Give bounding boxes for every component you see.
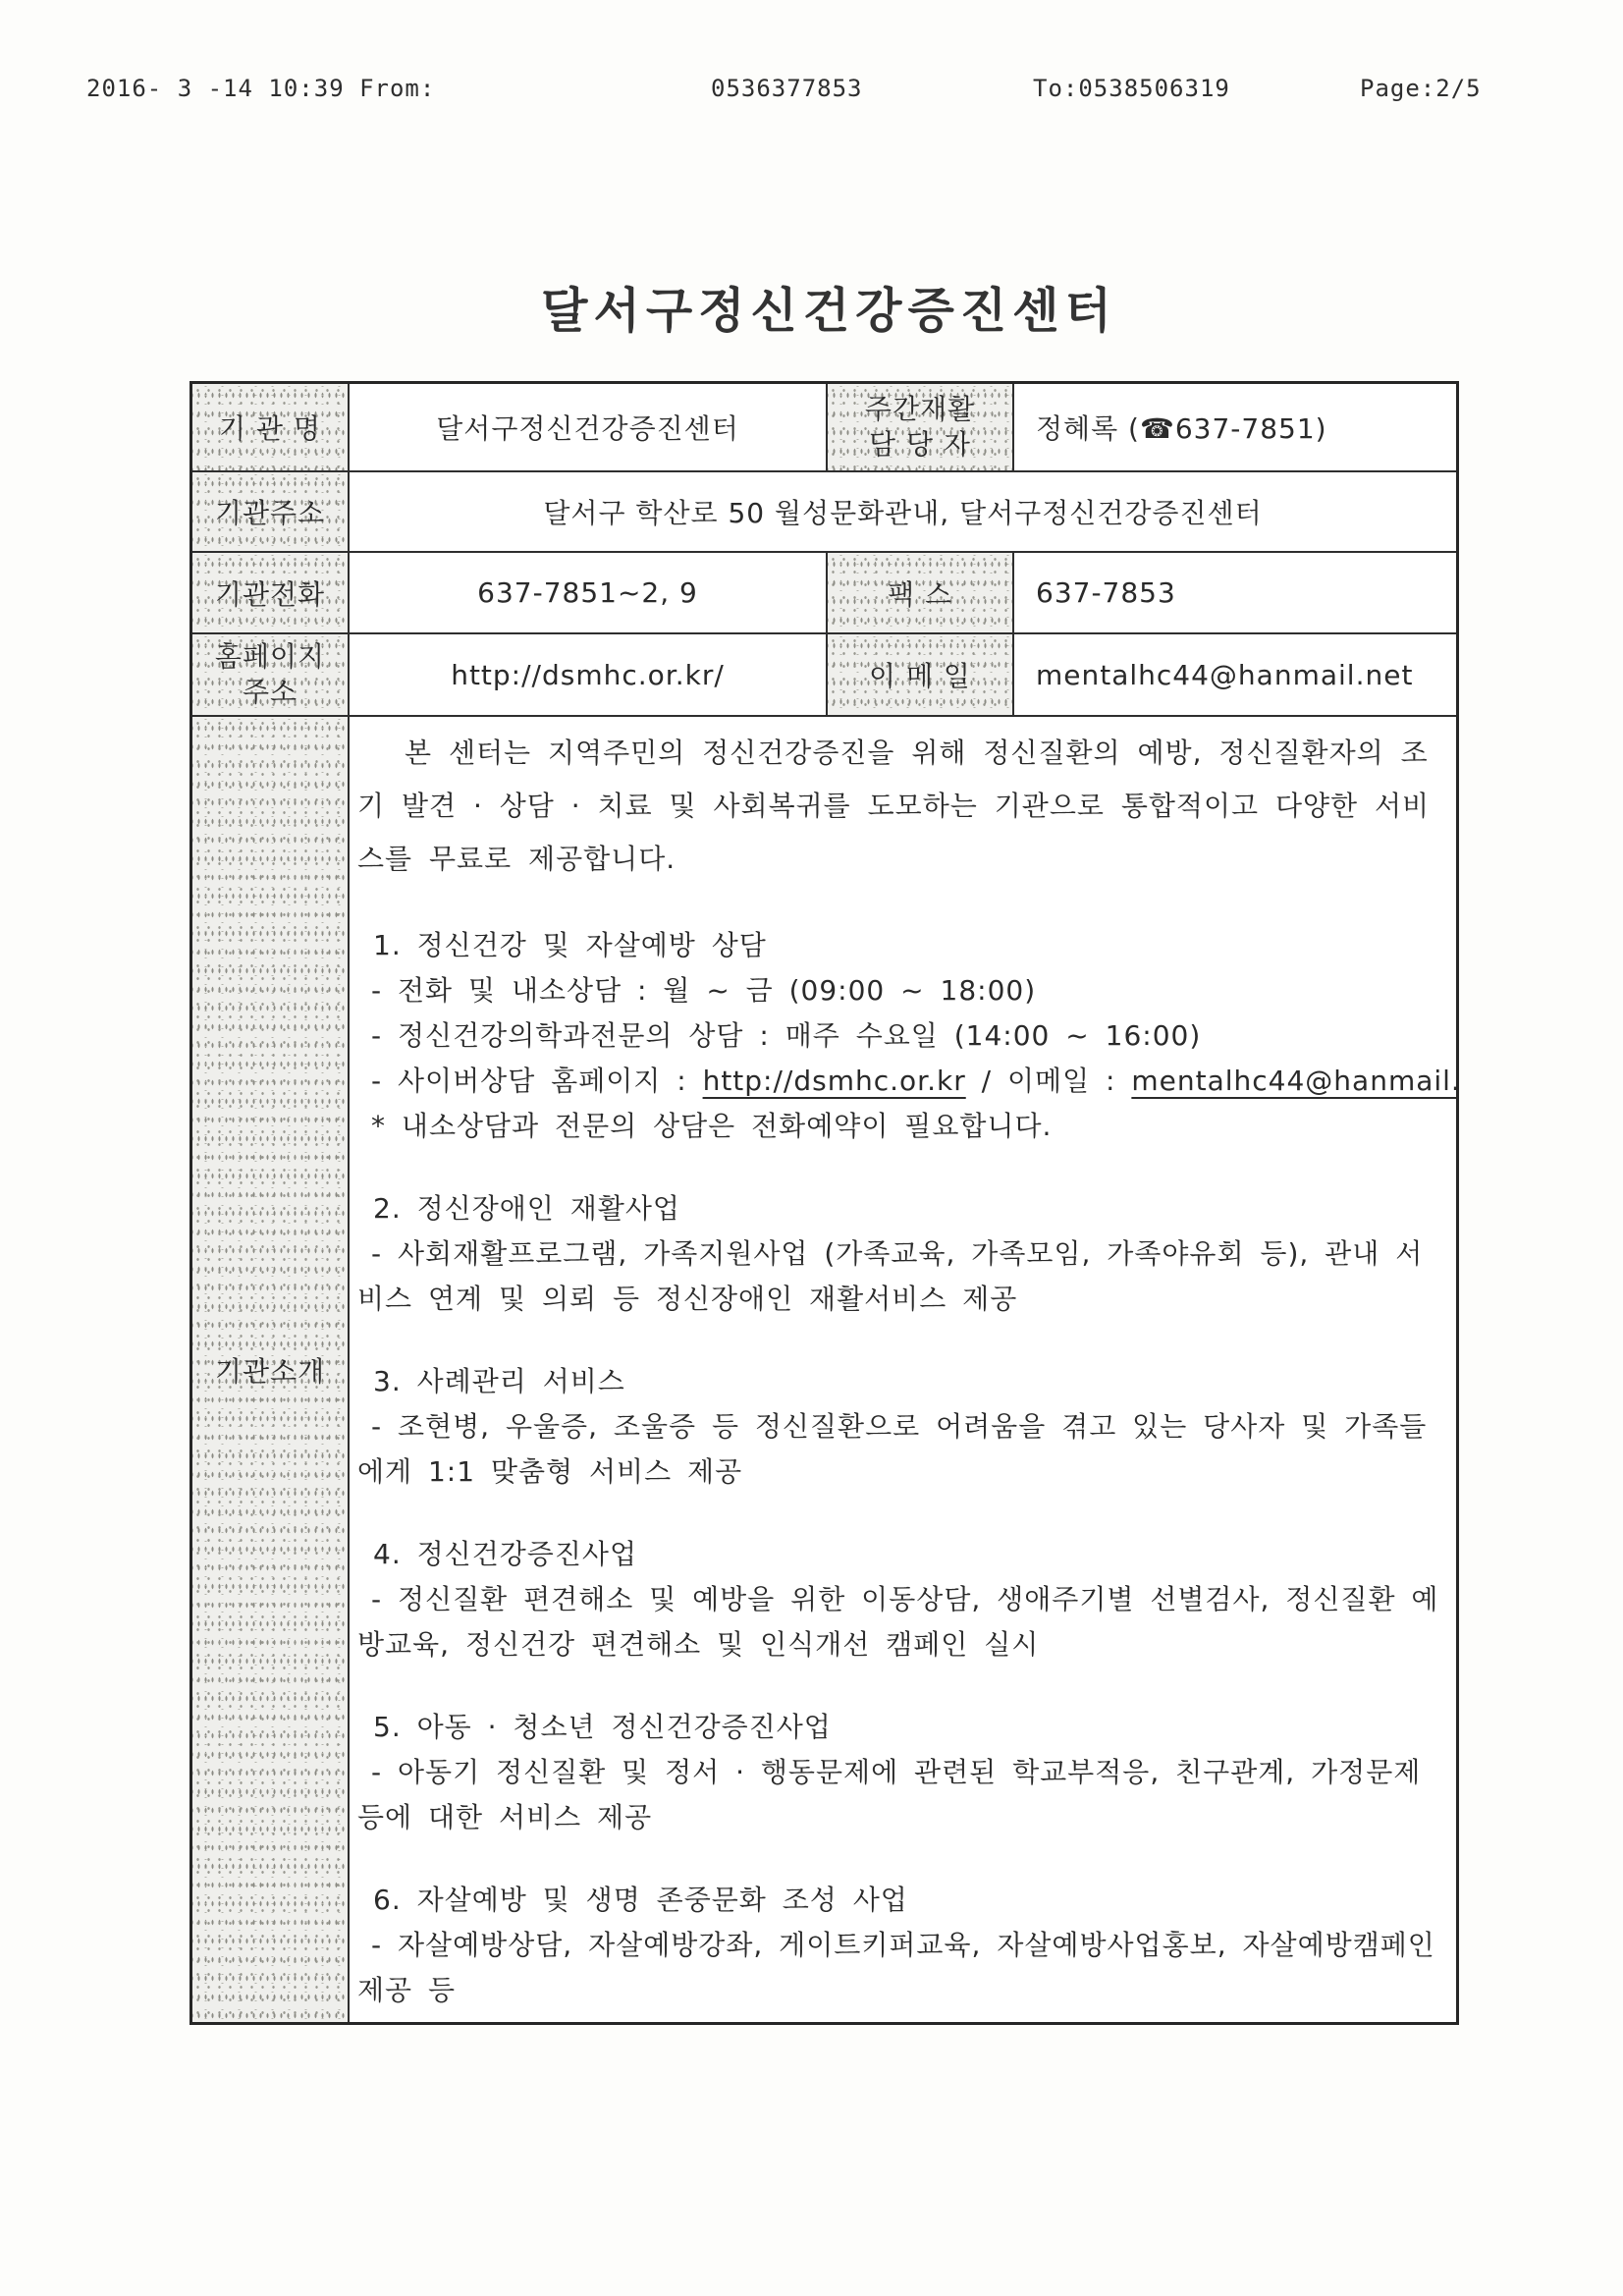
- phone-text: 637-7851~2, 9: [477, 576, 698, 609]
- section-5-body: - 아동기 정신질환 및 정서 · 행동문제에 관련된 학교부적응, 친구관계,…: [357, 1750, 1448, 1840]
- contact-person-value: 정혜록 (☎637-7851): [1014, 384, 1456, 472]
- institution-name-label-text: 기 관 명: [219, 408, 321, 447]
- fax-datetime-from: 2016- 3 -14 10:39 From:: [86, 75, 435, 102]
- homepage-url-text: http://dsmhc.or.kr/: [451, 659, 725, 691]
- section-1: 1. 정신건강 및 자살예방 상담 - 전화 및 내소상담 : 월 ~ 금 (0…: [357, 923, 1448, 1149]
- weekly-rehab-label-line2: 담 당 자: [869, 427, 971, 463]
- contact-person-text: 정혜록 (☎637-7851): [1036, 408, 1327, 447]
- email-label-text: 이 메 일: [869, 655, 971, 694]
- section-6: 6. 자살예방 및 생명 존중문화 조성 사업 - 자살예방상담, 자살예방강좌…: [357, 1878, 1448, 2013]
- fax-value: 637-7853: [1014, 553, 1456, 634]
- fax-from-number: 0536377853: [711, 75, 863, 102]
- section-1-line-cyber: - 사이버상담 홈페이지 : http://dsmhc.or.kr / 이메일 …: [357, 1059, 1448, 1104]
- institution-name-label: 기 관 명: [192, 384, 350, 472]
- cyber-homepage-link: http://dsmhc.or.kr: [703, 1065, 966, 1097]
- cyber-email-link: mentalhc44@hanmail.net: [1131, 1065, 1456, 1097]
- homepage-value: http://dsmhc.or.kr/: [350, 634, 828, 717]
- fax-number-text: 637-7853: [1036, 576, 1176, 609]
- fax-label: 팩 스: [828, 553, 1014, 634]
- address-label: 기관주소: [192, 472, 350, 553]
- section-5: 5. 아동 · 청소년 정신건강증진사업 - 아동기 정신질환 및 정서 · 행…: [357, 1705, 1448, 1840]
- fax-to-number: To:0538506319: [1033, 75, 1230, 102]
- section-1-line-doctor-hours: - 정신건강의학과전문의 상담 : 매주 수요일 (14:00 ~ 16:00): [357, 1013, 1448, 1059]
- intro-label-text: 기관소개: [215, 1350, 325, 1390]
- cyber-line-mid: / 이메일 :: [966, 1065, 1132, 1097]
- section-5-heading: 5. 아동 · 청소년 정신건강증진사업: [357, 1705, 1448, 1750]
- section-6-body: - 자살예방상담, 자살예방강좌, 게이트키퍼교육, 자살예방사업홍보, 자살예…: [357, 1923, 1448, 2013]
- section-4: 4. 정신건강증진사업 - 정신질환 편견해소 및 예방을 위한 이동상담, 생…: [357, 1532, 1448, 1667]
- section-3-body: - 조현병, 우울증, 조울증 등 정신질환으로 어려움을 겪고 있는 당사자 …: [357, 1404, 1448, 1495]
- section-1-line-phone-hours: - 전화 및 내소상담 : 월 ~ 금 (09:00 ~ 18:00): [357, 968, 1448, 1013]
- section-3: 3. 사례관리 서비스 - 조현병, 우울증, 조울증 등 정신질환으로 어려움…: [357, 1359, 1448, 1495]
- email-label: 이 메 일: [828, 634, 1014, 717]
- intro-label: 기관소개: [192, 717, 350, 2022]
- institution-info-table: 기 관 명 달서구정신건강증진센터 주간재활 담 당 자 정혜록 (☎637-7…: [189, 381, 1459, 2025]
- section-2-body: - 사회재활프로그램, 가족지원사업 (가족교육, 가족모임, 가족야유회 등)…: [357, 1231, 1448, 1322]
- section-2: 2. 정신장애인 재활사업 - 사회재활프로그램, 가족지원사업 (가족교육, …: [357, 1186, 1448, 1322]
- email-text: mentalhc44@hanmail.net: [1036, 659, 1413, 691]
- scanned-fax-page: 2016- 3 -14 10:39 From: 0536377853 To:05…: [0, 0, 1623, 2296]
- address-label-text: 기관주소: [215, 492, 325, 531]
- institution-name-value: 달서구정신건강증진센터: [350, 384, 828, 472]
- section-4-heading: 4. 정신건강증진사업: [357, 1532, 1448, 1577]
- phone-value: 637-7851~2, 9: [350, 553, 828, 634]
- weekly-rehab-label-line1: 주간재활: [865, 392, 975, 427]
- section-3-heading: 3. 사례관리 서비스: [357, 1359, 1448, 1404]
- homepage-label-line2: 주소: [243, 675, 298, 710]
- phone-label: 기관전화: [192, 553, 350, 634]
- cyber-line-prefix: - 사이버상담 홈페이지 :: [371, 1065, 703, 1097]
- weekly-rehab-contact-label: 주간재활 담 당 자: [828, 384, 1014, 472]
- intro-paragraph: 본 센터는 지역주민의 정신건강증진을 위해 정신질환의 예방, 정신질환자의 …: [357, 727, 1448, 886]
- homepage-label-line1: 홈페이지: [215, 639, 325, 675]
- homepage-label: 홈페이지 주소: [192, 634, 350, 717]
- section-2-heading: 2. 정신장애인 재활사업: [357, 1186, 1448, 1231]
- section-1-heading: 1. 정신건강 및 자살예방 상담: [357, 923, 1448, 968]
- address-text: 달서구 학산로 50 월성문화관내, 달서구정신건강증진센터: [543, 492, 1262, 531]
- section-1-reservation-note: * 내소상담과 전문의 상담은 전화예약이 필요합니다.: [357, 1104, 1448, 1149]
- document-title: 달서구정신건강증진센터: [18, 273, 1623, 342]
- institution-name-text: 달서구정신건강증진센터: [436, 408, 739, 447]
- phone-label-text: 기관전화: [215, 574, 325, 613]
- section-6-heading: 6. 자살예방 및 생명 존중문화 조성 사업: [357, 1878, 1448, 1923]
- fax-label-text: 팩 스: [888, 574, 952, 613]
- fax-page-indicator: Page:2/5: [1360, 75, 1482, 102]
- section-4-body: - 정신질환 편견해소 및 예방을 위한 이동상담, 생애주기별 선별검사, 정…: [357, 1577, 1448, 1667]
- intro-content: 본 센터는 지역주민의 정신건강증진을 위해 정신질환의 예방, 정신질환자의 …: [350, 717, 1456, 2022]
- fax-transmission-header: 2016- 3 -14 10:39 From: 0536377853 To:05…: [0, 75, 1623, 104]
- address-value: 달서구 학산로 50 월성문화관내, 달서구정신건강증진센터: [350, 472, 1456, 553]
- email-value: mentalhc44@hanmail.net: [1014, 634, 1456, 717]
